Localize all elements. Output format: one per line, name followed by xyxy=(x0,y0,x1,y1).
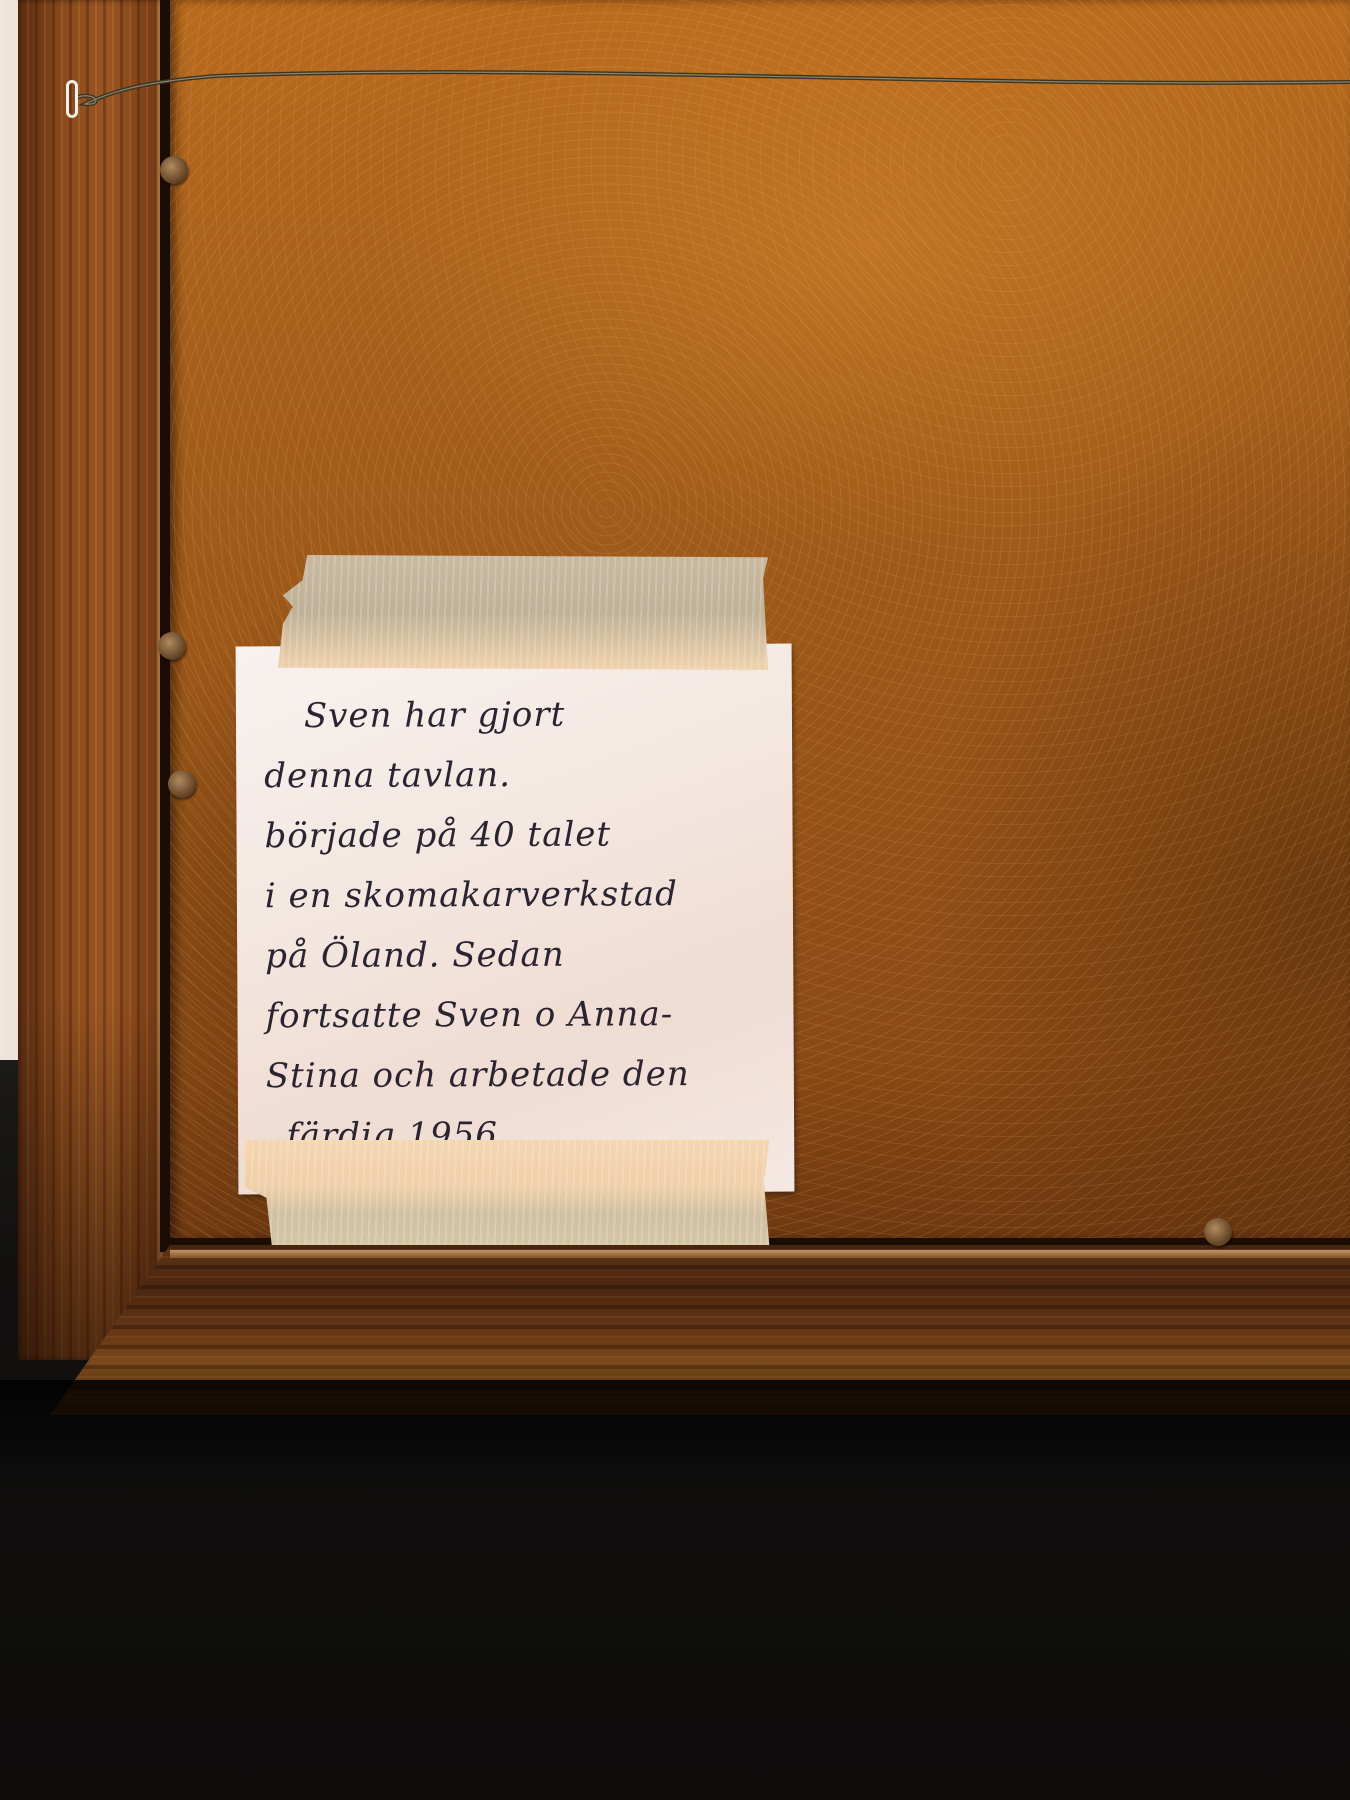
nail-icon xyxy=(158,632,186,660)
nail-icon xyxy=(160,156,188,184)
note-line: på Öland. Sedan xyxy=(265,924,785,987)
frame-bottom-highlight xyxy=(170,1250,1350,1258)
hanging-wire xyxy=(75,60,1350,120)
masking-tape-top xyxy=(278,555,768,670)
photo-scene: Sven har gjort denna tavlan. började på … xyxy=(0,0,1350,1800)
nail-icon xyxy=(1204,1218,1232,1246)
masking-tape-bottom xyxy=(245,1140,780,1245)
handwritten-note: Sven har gjort denna tavlan. började på … xyxy=(236,644,795,1195)
note-line: Sven har gjort xyxy=(264,684,784,747)
note-line: fortsatte Sven o Anna- xyxy=(265,984,785,1047)
frame-inner-groove-left xyxy=(160,0,170,1250)
note-line: denna tavlan. xyxy=(264,744,784,807)
frame-shadow xyxy=(0,1380,1350,1500)
note-text: Sven har gjort denna tavlan. började på … xyxy=(264,684,787,1167)
eye-hook-icon xyxy=(66,80,78,118)
note-line: Stina och arbetade den xyxy=(266,1044,786,1107)
note-line: i en skomakarverkstad xyxy=(265,864,785,927)
note-line: började på 40 talet xyxy=(264,804,784,867)
nail-icon xyxy=(168,770,196,798)
